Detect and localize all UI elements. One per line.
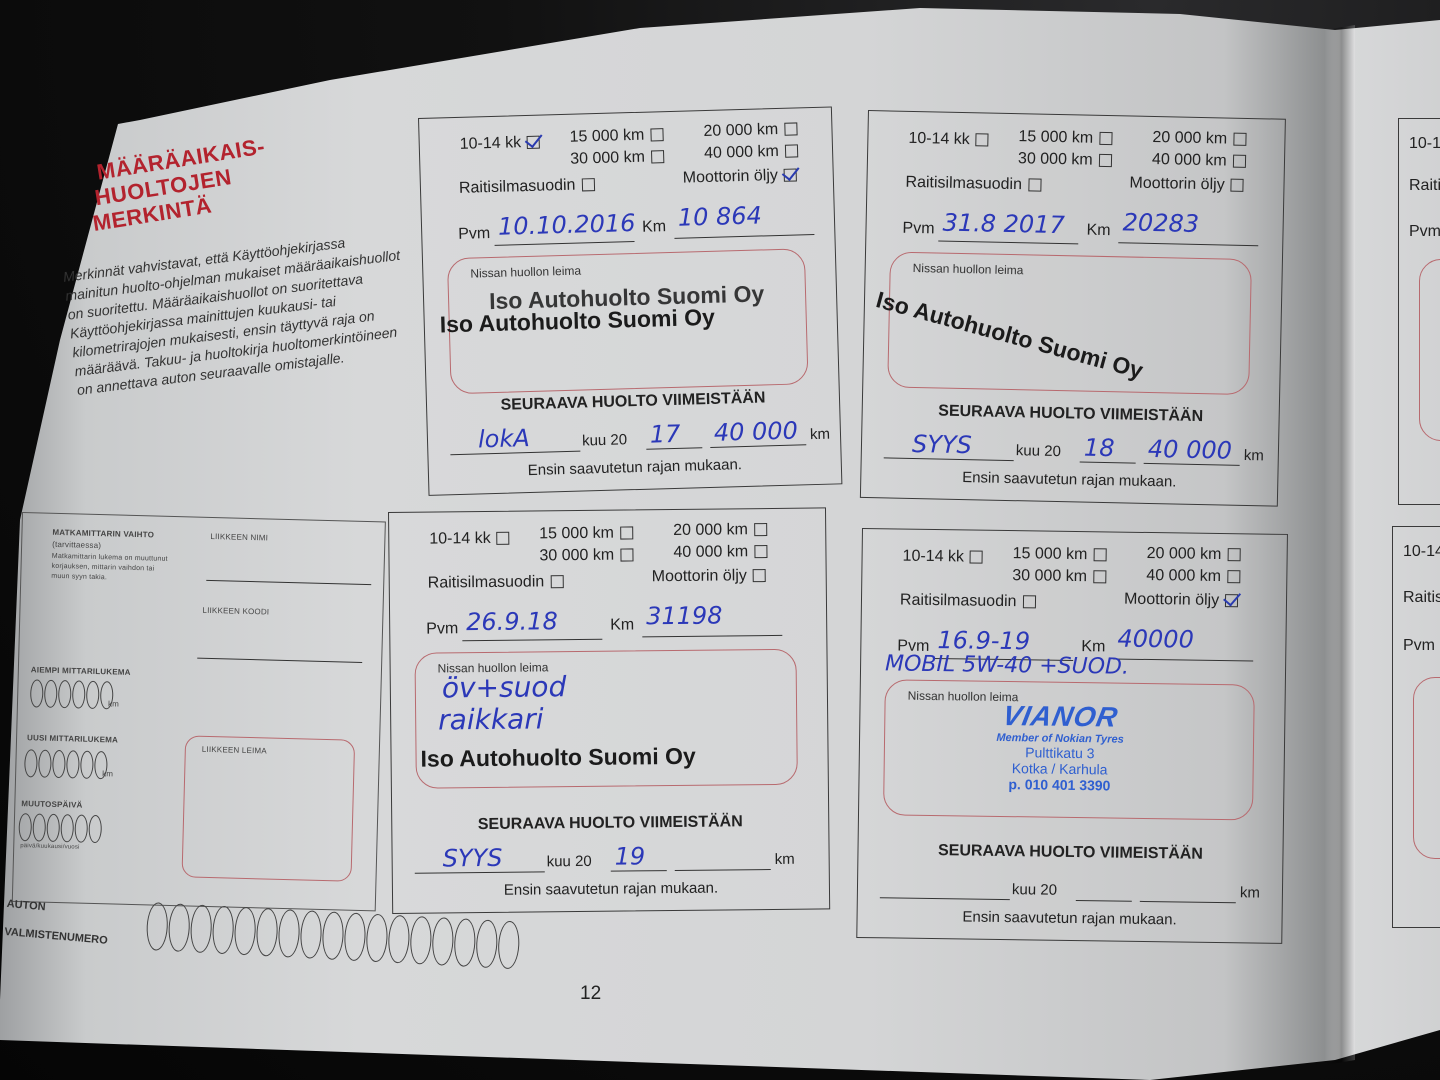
next-month-value: SYYS (912, 430, 972, 459)
service-record-card: 10-14 kk 15 000 km 20 000 km 30 000 km 4… (388, 507, 830, 914)
km-40000-label: 40 000 km (673, 543, 748, 561)
checkbox-engine-oil[interactable] (1225, 594, 1238, 607)
km-30000-label: 30 000 km (1012, 567, 1087, 585)
next-service-heading: SEURAAVA HUOLTO VIIMEISTÄÄN (392, 812, 828, 835)
km-15000-option: 15 000 km (569, 126, 663, 147)
handwritten-note: MOBIL 5W-40 +SUOD. (885, 651, 1129, 679)
footer-note: Ensin saavutetun rajan mukaan. (857, 907, 1281, 930)
km-label: Km (610, 616, 634, 634)
next-year-field[interactable] (1076, 900, 1132, 902)
next-year-value: 19 (614, 842, 645, 870)
km-20000-label: 20 000 km (1147, 545, 1222, 563)
km-20000-option: 20 000 km (703, 120, 797, 141)
km-value: 40000 (1117, 625, 1194, 654)
engine-oil-option: Moottorin öljy (683, 166, 798, 187)
footer-note: Ensin saavutetun rajan mukaan. (429, 453, 841, 481)
km-20000-option: 20 000 km (673, 521, 767, 540)
km-field[interactable] (674, 234, 814, 239)
business-name-field[interactable] (206, 580, 371, 585)
previous-reading-label: AIEMPI MITTARILUKEMA (31, 665, 131, 677)
service-stamp-area: Nissan huollon leimaIso Autohuolto Suomi… (887, 251, 1252, 395)
stamp-area (1413, 677, 1440, 859)
km-30000-option: 30 000 km (1012, 567, 1106, 586)
previous-reading-digits[interactable] (30, 679, 115, 709)
handwritten-note-line-2: raikkari (438, 702, 544, 736)
date-label: Pvm (426, 620, 458, 638)
checkbox-engine-oil[interactable] (784, 169, 797, 182)
next-page-record-card-bottom: 10-14 kk Raitisilmasuodin Pvm (1392, 526, 1440, 928)
km-15000-label: 15 000 km (1013, 545, 1088, 563)
next-km-field[interactable] (675, 869, 771, 871)
stamp-area (1419, 259, 1440, 441)
cabin-filter-label: Raitisilmasuodin (1403, 589, 1440, 607)
next-year-prefix: kuu 20 (582, 431, 628, 449)
km-field[interactable] (1113, 659, 1253, 662)
checkbox-km-15000[interactable] (650, 128, 663, 141)
interval-months-option: 10-14 kk (902, 548, 983, 567)
checkbox-km-20000[interactable] (754, 523, 767, 536)
km-field[interactable] (1118, 242, 1258, 246)
checkbox-cabin-filter[interactable] (1022, 596, 1035, 609)
stamp-caption: Nissan huollon leima (913, 261, 1024, 277)
km-30000-option: 30 000 km (570, 148, 664, 169)
km-15000-label: 15 000 km (569, 127, 644, 146)
next-km-unit: km (1240, 884, 1260, 901)
date-label: Pvm (902, 220, 934, 239)
interval-label: 10-14 kk (1403, 543, 1440, 561)
interval-months-label: 10-14 kk (902, 548, 964, 566)
km-20000-label: 20 000 km (673, 521, 748, 539)
next-km-unit: km (1244, 447, 1264, 464)
page-number: 12 (580, 983, 601, 1005)
next-year-prefix: kuu 20 (547, 853, 592, 870)
km-40000-option: 40 000 km (704, 142, 798, 163)
km-value: 10 864 (677, 201, 762, 231)
interval-label: 10-14 kk (1409, 135, 1440, 153)
next-month-value: SYYS (442, 844, 502, 873)
checkbox-km-40000[interactable] (754, 545, 767, 558)
date-value: 26.9.18 (466, 607, 558, 636)
odometer-note: Matkamittarin lukema on muuttunut korjau… (51, 552, 172, 585)
next-km-unit: km (775, 851, 795, 868)
engine-oil-label: Moottorin öljy (1129, 174, 1224, 193)
next-page-record-card-top: 10-14 kk Raitisilmasuodin Pvm (1398, 118, 1440, 505)
handwritten-note-line-1: öv+suod (442, 670, 567, 704)
cabin-filter-label: Raitisilmasuodin (428, 573, 545, 591)
checkbox-km-30000[interactable] (1093, 570, 1106, 583)
date-label: Pvm (1409, 223, 1440, 241)
date-value: 16.9-19 (937, 626, 1030, 655)
checkbox-km-20000[interactable] (1227, 548, 1240, 561)
km-40000-option: 40 000 km (1146, 567, 1240, 586)
checkbox-km-30000[interactable] (651, 150, 664, 163)
date-field[interactable] (495, 241, 635, 246)
new-reading-unit: km (102, 769, 113, 778)
next-year-prefix: kuu 20 (1016, 442, 1061, 460)
interval-months-label: 10-14 kk (429, 530, 491, 548)
km-20000-option: 20 000 km (1152, 129, 1246, 149)
dealer-stamp: Iso Autohuolto Suomi Oy (873, 286, 1146, 384)
date-label: Pvm (1403, 637, 1435, 655)
vianor-stamp: VIANOR Member of Nokian Tyres Pulttikatu… (974, 700, 1145, 794)
checkbox-interval-months[interactable] (970, 551, 983, 564)
dealer-stamp: Iso Autohuolto Suomi Oy (420, 743, 695, 773)
date-label: Pvm (458, 225, 490, 244)
date-field[interactable] (462, 639, 602, 641)
next-month-value: lokA (478, 424, 530, 453)
change-date-digits[interactable] (18, 813, 103, 843)
km-20000-label: 20 000 km (1152, 129, 1227, 148)
km-15000-label: 15 000 km (539, 525, 614, 543)
service-record-card: 10-14 kk 15 000 km 20 000 km 30 000 km 4… (856, 528, 1288, 944)
new-reading-label: UUSI MITTARILUKEMA (27, 733, 118, 744)
footer-note: Ensin saavutetun rajan mukaan. (861, 467, 1277, 493)
km-15000-option: 15 000 km (1013, 545, 1107, 564)
checkbox-interval-months[interactable] (527, 136, 540, 149)
cabin-filter-option: Raitisilmasuodin (428, 573, 564, 592)
checkbox-km-20000[interactable] (784, 123, 797, 136)
business-code-field[interactable] (197, 658, 362, 663)
interval-months-option: 10-14 kk (429, 530, 510, 549)
odometer-change-box: MATKAMITTARIN VAIHTO (tarvittaessa) Matk… (12, 512, 386, 911)
checkbox-km-40000[interactable] (1233, 155, 1246, 168)
km-30000-label: 30 000 km (1018, 150, 1093, 169)
cabin-filter-label: Raitisilmasuodin (905, 174, 1022, 193)
vin-label: AUTON VALMISTENUMERO (3, 890, 111, 955)
km-30000-option: 30 000 km (539, 546, 633, 565)
next-service-heading: SEURAAVA HUOLTO VIIMEISTÄÄN (863, 401, 1279, 428)
next-year-prefix: kuu 20 (1012, 881, 1057, 899)
change-date-label: MUUTOSPÄIVÄ (21, 799, 82, 810)
km-40000-label: 40 000 km (1152, 151, 1227, 170)
km-30000-label: 30 000 km (570, 149, 645, 168)
cabin-filter-option: Raitisilmasuodin (905, 174, 1041, 195)
next-month-field[interactable] (880, 897, 1010, 900)
engine-oil-option: Moottorin öljy (652, 567, 766, 586)
cabin-filter-label: Raitisilmasuodin (459, 177, 576, 197)
interval-months-label: 10-14 kk (908, 130, 970, 148)
footer-note: Ensin saavutetun rajan mukaan. (393, 878, 829, 900)
km-40000-label: 40 000 km (1146, 567, 1221, 585)
cabin-filter-label: Raitisilmasuodin (1409, 177, 1440, 195)
engine-oil-option: Moottorin öljy (1124, 591, 1238, 611)
business-stamp-area: LIIKKEEN LEIMA (181, 735, 355, 881)
checkbox-engine-oil[interactable] (753, 569, 766, 582)
interval-months-option: 10-14 kk (908, 130, 989, 150)
next-km-field[interactable] (1140, 901, 1236, 903)
odometer-subheading: (tarvittaessa) (52, 540, 101, 550)
new-reading-digits[interactable] (24, 749, 109, 779)
cabin-filter-label: Raitisilmasuodin (900, 592, 1017, 611)
km-15000-option: 15 000 km (539, 524, 633, 543)
next-km-unit: km (810, 426, 830, 444)
engine-oil-option: Moottorin öljy (1129, 174, 1244, 194)
km-label: Km (642, 218, 666, 237)
vianor-phone: p. 010 401 3390 (974, 776, 1144, 794)
km-15000-option: 15 000 km (1018, 128, 1112, 148)
checkbox-km-20000[interactable] (1233, 133, 1246, 146)
km-label: Km (1086, 222, 1110, 240)
checkbox-km-40000[interactable] (1227, 570, 1240, 583)
next-year-value: 18 (1084, 434, 1115, 463)
km-30000-label: 30 000 km (539, 547, 614, 565)
checkbox-cabin-filter[interactable] (550, 575, 563, 588)
checkbox-cabin-filter[interactable] (1028, 179, 1041, 192)
engine-oil-label: Moottorin öljy (683, 167, 779, 187)
business-name-label: LIIKKEEN NIMI (210, 532, 268, 543)
km-20000-label: 20 000 km (703, 121, 778, 140)
date-field[interactable] (938, 241, 1078, 245)
next-service-heading: SEURAAVA HUOLTO VIIMEISTÄÄN (858, 841, 1282, 865)
stamp-caption: Nissan huollon leima (470, 264, 581, 281)
service-record-card: 10-14 kk 15 000 km 20 000 km 30 000 km 4… (418, 106, 842, 495)
engine-oil-label: Moottorin öljy (652, 567, 747, 585)
service-stamp-area: Nissan huollon leimaIso Autohuolto Suomi… (447, 248, 809, 394)
checkbox-interval-months[interactable] (497, 532, 510, 545)
checkbox-km-15000[interactable] (620, 527, 633, 540)
km-15000-label: 15 000 km (1018, 128, 1093, 147)
date-value: 10.10.2016 (498, 209, 636, 241)
odometer-heading: MATKAMITTARIN VAIHTO (52, 528, 154, 540)
km-40000-label: 40 000 km (704, 143, 779, 162)
checkbox-km-30000[interactable] (620, 549, 633, 562)
next-km-value: 40 000 (714, 417, 799, 447)
checkbox-interval-months[interactable] (976, 134, 989, 147)
service-record-card: 10-14 kk 15 000 km 20 000 km 30 000 km 4… (860, 110, 1286, 507)
km-value: 20283 (1122, 208, 1199, 238)
booklet-spine-fold (1325, 0, 1355, 1080)
km-40000-option: 40 000 km (673, 543, 767, 562)
service-stamp-area: Nissan huollon leimaIso Autohuolto Suomi… (414, 649, 797, 789)
checkbox-cabin-filter[interactable] (581, 178, 594, 191)
business-stamp-label: LIIKKEEN LEIMA (202, 745, 267, 756)
km-value: 31198 (646, 602, 723, 631)
previous-reading-unit: km (108, 699, 119, 708)
change-date-hint: päivä/kuukausi/vuosi (20, 843, 80, 851)
checkbox-km-15000[interactable] (1099, 132, 1112, 145)
km-20000-option: 20 000 km (1147, 545, 1241, 564)
checkbox-km-40000[interactable] (785, 145, 798, 158)
km-40000-option: 40 000 km (1152, 151, 1246, 171)
business-code-label: LIIKKEEN KOODI (202, 606, 269, 617)
interval-months-option: 10-14 kk (460, 134, 541, 154)
engine-oil-label: Moottorin öljy (1124, 591, 1219, 609)
checkbox-engine-oil[interactable] (1231, 179, 1244, 192)
km-30000-option: 30 000 km (1018, 150, 1112, 170)
date-value: 31.8 2017 (942, 209, 1065, 240)
next-year-value: 17 (650, 420, 681, 449)
checkbox-km-30000[interactable] (1099, 154, 1112, 167)
cabin-filter-option: Raitisilmasuodin (900, 592, 1036, 612)
interval-months-label: 10-14 kk (460, 134, 522, 153)
next-km-value: 40 000 (1148, 435, 1233, 465)
km-field[interactable] (642, 635, 782, 637)
service-stamp-area: Nissan huollon leima VIANOR Member of No… (883, 679, 1255, 820)
checkbox-km-15000[interactable] (1093, 548, 1106, 561)
vianor-logo: VIANOR (972, 700, 1148, 734)
dealer-stamp: Iso Autohuolto Suomi Oy (439, 304, 715, 339)
cabin-filter-option: Raitisilmasuodin (459, 176, 595, 198)
